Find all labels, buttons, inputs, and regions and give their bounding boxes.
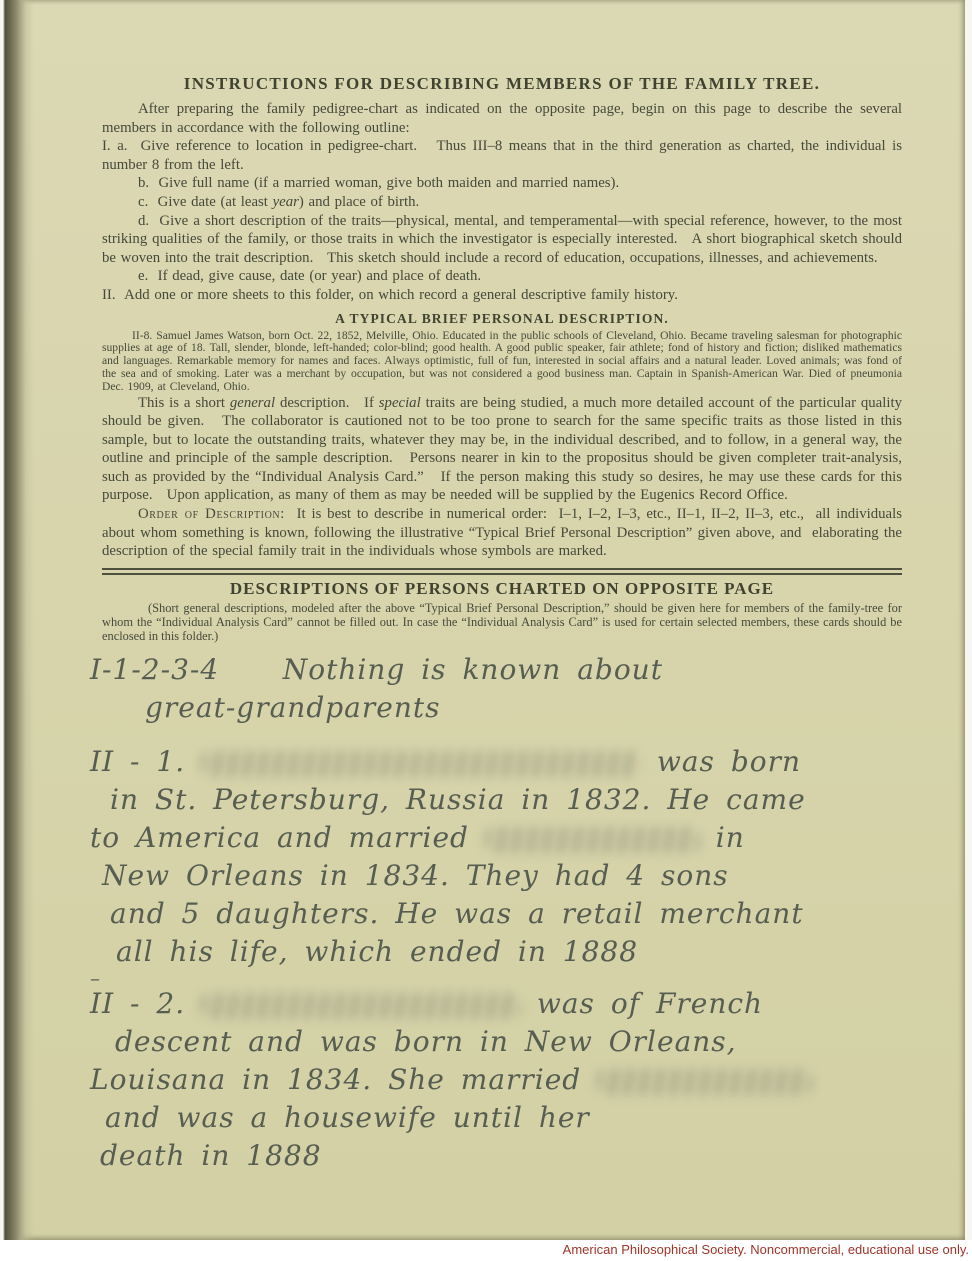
handwritten-entries: I-1-2-3-4 Nothing is known aboutgreat-gr…: [90, 651, 902, 1175]
paragraph: d. Give a short description of the trait…: [102, 212, 902, 268]
descriptions-heading: DESCRIPTIONS OF PERSONS CHARTED ON OPPOS…: [102, 579, 902, 599]
paragraph: I. a. Give reference to location in pedi…: [102, 137, 902, 174]
redacted-name-smudge: [485, 827, 700, 853]
handwriting-text: New Orleans in 1834. They had 4 sons: [102, 859, 729, 892]
redacted-name-smudge: [201, 751, 641, 777]
paragraph: e. If dead, give cause, date (or year) a…: [138, 267, 902, 286]
redacted-name-smudge: [201, 993, 521, 1019]
handwriting-line: –: [90, 971, 902, 985]
handwriting-line: to America and married in: [90, 819, 902, 857]
handwriting-line: and 5 daughters. He was a retail merchan…: [110, 895, 902, 933]
handwriting-text: to America and married: [90, 821, 485, 854]
handwriting-line: Louisana in 1834. She married: [90, 1061, 902, 1099]
guidance-block: This is a short general description. If …: [102, 394, 902, 561]
handwriting-line: II - 2. was of French: [90, 985, 902, 1023]
handwriting-line: death in 1888: [100, 1137, 902, 1175]
sample-heading: A TYPICAL BRIEF PERSONAL DESCRIPTION.: [102, 311, 902, 327]
handwriting-text: descent and was born in New Orleans,: [115, 1025, 737, 1058]
attribution-bar: American Philosophical Society. Noncomme…: [0, 1240, 972, 1261]
page-content: INSTRUCTIONS FOR DESCRIBING MEMBERS OF T…: [102, 0, 902, 1175]
redacted-name-smudge: [597, 1069, 812, 1095]
handwriting-line: and was a housewife until her: [105, 1099, 902, 1137]
paragraph: c. Give date (at least year) and place o…: [138, 193, 902, 212]
paragraph: b. Give full name (if a married woman, g…: [138, 174, 902, 193]
handwriting-text: all his life, which ended in 1888: [116, 935, 638, 968]
handwriting-line: descent and was born in New Orleans,: [115, 1023, 902, 1061]
handwriting-line: great-grandparents: [145, 689, 902, 727]
sample-description: II-8. Samuel James Watson, born Oct. 22,…: [102, 330, 902, 394]
handwritten-entry: II - 2. was of Frenchdescent and was bor…: [90, 985, 902, 1175]
handwriting-text: death in 1888: [100, 1139, 322, 1172]
handwriting-text: Louisana in 1834. She married: [90, 1063, 597, 1096]
handwriting-text: and 5 daughters. He was a retail merchan…: [110, 897, 804, 930]
paragraph: After preparing the family pedigree-char…: [102, 100, 902, 137]
attribution-text: American Philosophical Society. Noncomme…: [563, 1242, 969, 1257]
handwriting-line: New Orleans in 1834. They had 4 sons: [102, 857, 902, 895]
page-torn-edge: [0, 0, 34, 1261]
handwriting-text: great-grandparents: [145, 691, 440, 724]
handwriting-line: all his life, which ended in 1888: [116, 933, 902, 971]
page-title: INSTRUCTIONS FOR DESCRIBING MEMBERS OF T…: [102, 74, 902, 94]
handwriting-line: I-1-2-3-4 Nothing is known about: [90, 651, 902, 689]
handwriting-text: II - 1.: [90, 745, 201, 778]
handwritten-entry: I-1-2-3-4 Nothing is known aboutgreat-gr…: [90, 651, 902, 727]
handwriting-text: and was a housewife until her: [105, 1101, 590, 1134]
paragraph: This is a short general description. If …: [102, 394, 902, 506]
handwriting-text: was born: [641, 745, 801, 778]
instructions-block: After preparing the family pedigree-char…: [102, 100, 902, 305]
handwriting-line: in St. Petersburg, Russia in 1832. He ca…: [110, 781, 902, 819]
handwriting-text: in St. Petersburg, Russia in 1832. He ca…: [110, 783, 806, 816]
paper-sheet: INSTRUCTIONS FOR DESCRIBING MEMBERS OF T…: [4, 0, 965, 1240]
paragraph: Order of Description: It is best to desc…: [102, 505, 902, 561]
handwriting-text: in: [700, 821, 745, 854]
handwriting-text: II - 2.: [90, 987, 201, 1020]
section-divider: [102, 568, 902, 575]
paragraph: II. Add one or more sheets to this folde…: [102, 286, 902, 305]
handwriting-text: I-1-2-3-4 Nothing is known about: [90, 653, 663, 686]
handwriting-text: was of French: [521, 987, 763, 1020]
handwriting-line: II - 1. was born: [90, 743, 902, 781]
handwritten-entry: II - 1. was bornin St. Petersburg, Russi…: [90, 743, 902, 971]
scanned-document-page: INSTRUCTIONS FOR DESCRIBING MEMBERS OF T…: [0, 0, 972, 1261]
handwritten-entry: –: [90, 971, 902, 985]
descriptions-note: (Short general descriptions, modeled aft…: [102, 601, 902, 644]
